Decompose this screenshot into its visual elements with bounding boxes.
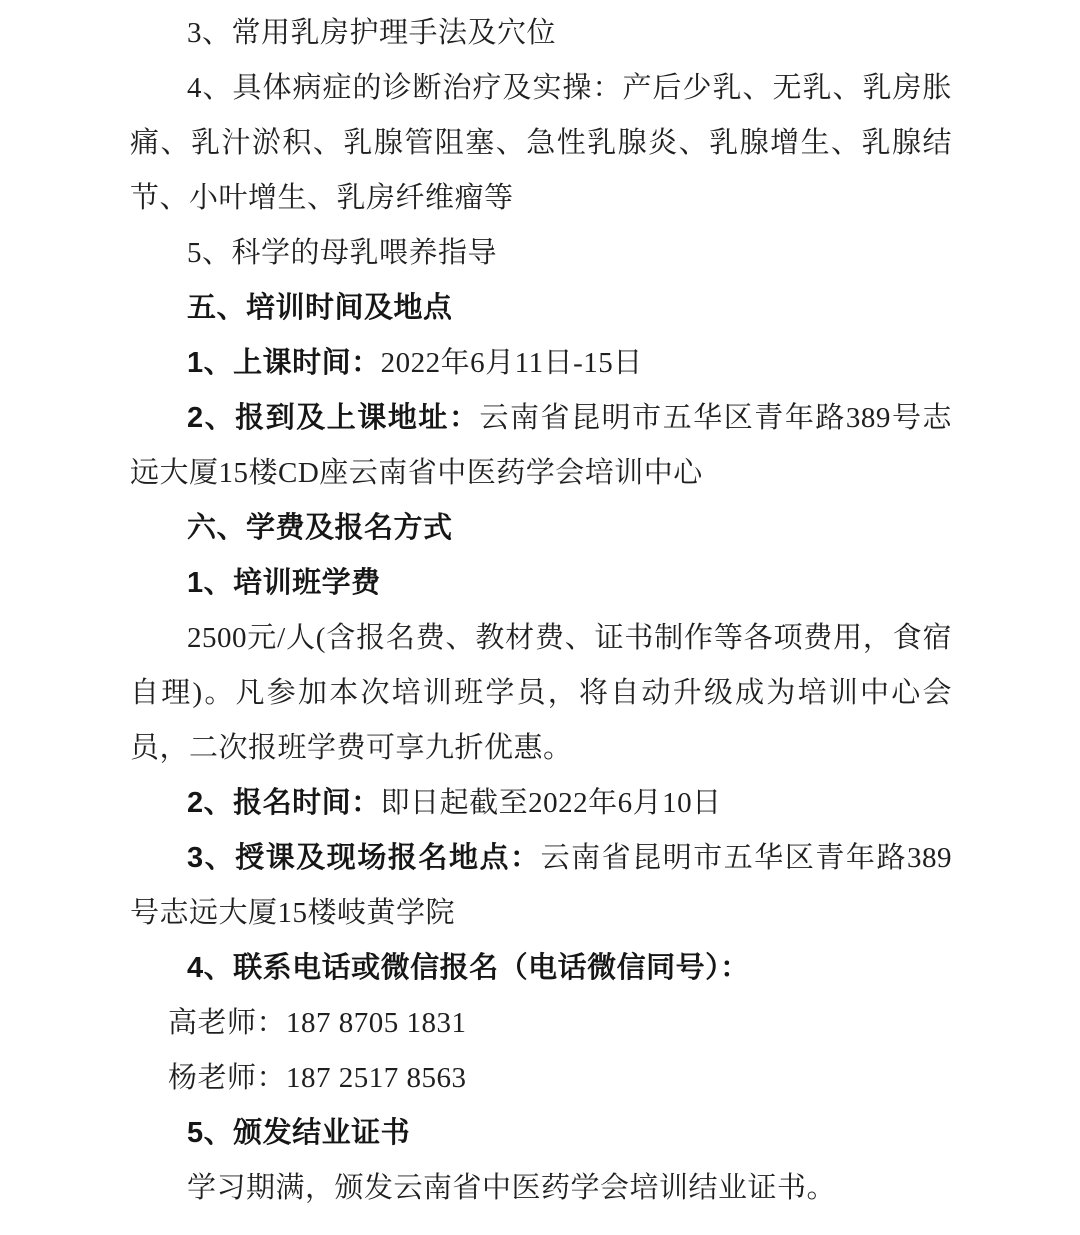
text-segment: 4、具体病症的诊断治疗及实操：产后少乳、无乳、乳房胀痛、乳汁淤积、乳腺管阻塞、急… <box>130 72 952 214</box>
item-2-checkin-class-address: 2、报到及上课地址：云南省昆明市五华区青年路389号志远大厦15楼CD座云南省中… <box>130 391 952 501</box>
section-heading-fees-registration: 六、学费及报名方式 <box>130 501 952 556</box>
text-segment: 2022年6月11日-15日 <box>381 347 643 379</box>
bold-text-segment: 1、上课时间： <box>187 347 381 379</box>
text-segment: 3、常用乳房护理手法及穴位 <box>187 17 556 49</box>
item-5-certificate-heading: 5、颁发结业证书 <box>130 1106 952 1161</box>
bold-text-segment: 2、报名时间： <box>187 787 381 819</box>
document-body: 3、常用乳房护理手法及穴位4、具体病症的诊断治疗及实操：产后少乳、无乳、乳房胀痛… <box>130 6 952 1216</box>
section-heading-training-time-location: 五、培训时间及地点 <box>130 281 952 336</box>
text-segment: 即日起截至2022年6月10日 <box>381 787 722 819</box>
item-3-breast-care-techniques: 3、常用乳房护理手法及穴位 <box>130 6 952 61</box>
bold-text-segment: 2、报到及上课地址： <box>187 402 479 434</box>
contact-teacher-gao: 高老师：187 8705 1831 <box>130 996 952 1051</box>
contact-teacher-yang: 杨老师：187 2517 8563 <box>130 1051 952 1106</box>
tuition-details: 2500元/人(含报名费、教材费、证书制作等各项费用，食宿自理)。凡参加本次培训… <box>130 611 952 776</box>
text-segment: 5、科学的母乳喂养指导 <box>187 237 497 269</box>
text-segment: 学习期满，颁发云南省中医药学会培训结业证书。 <box>187 1172 836 1204</box>
bold-text-segment: 六、学费及报名方式 <box>187 512 453 544</box>
item-2-registration-deadline: 2、报名时间：即日起截至2022年6月10日 <box>130 776 952 831</box>
bold-text-segment: 4、联系电话或微信报名（电话微信同号）： <box>187 952 750 984</box>
item-3-lecture-onsite-registration-location: 3、授课及现场报名地点：云南省昆明市五华区青年路389号志远大厦15楼岐黄学院 <box>130 831 952 941</box>
document-page: 3、常用乳房护理手法及穴位4、具体病症的诊断治疗及实操：产后少乳、无乳、乳房胀痛… <box>0 0 1080 1235</box>
text-segment: 杨老师：187 2517 8563 <box>168 1062 467 1094</box>
bold-text-segment: 3、授课及现场报名地点： <box>187 842 541 874</box>
certificate-details: 学习期满，颁发云南省中医药学会培训结业证书。 <box>130 1161 952 1216</box>
bold-text-segment: 1、培训班学费 <box>187 567 381 599</box>
item-5-breastfeeding-guidance: 5、科学的母乳喂养指导 <box>130 226 952 281</box>
text-segment: 高老师：187 8705 1831 <box>168 1007 467 1039</box>
text-segment: 2500元/人(含报名费、教材费、证书制作等各项费用，食宿自理)。凡参加本次培训… <box>130 622 952 764</box>
item-4-contact-phone-wechat: 4、联系电话或微信报名（电话微信同号）： <box>130 941 952 996</box>
bold-text-segment: 5、颁发结业证书 <box>187 1117 410 1149</box>
item-1-class-time: 1、上课时间：2022年6月11日-15日 <box>130 336 952 391</box>
item-1-tuition-heading: 1、培训班学费 <box>130 556 952 611</box>
bold-text-segment: 五、培训时间及地点 <box>187 292 453 324</box>
item-4-diagnosis-treatment-practice: 4、具体病症的诊断治疗及实操：产后少乳、无乳、乳房胀痛、乳汁淤积、乳腺管阻塞、急… <box>130 61 952 226</box>
